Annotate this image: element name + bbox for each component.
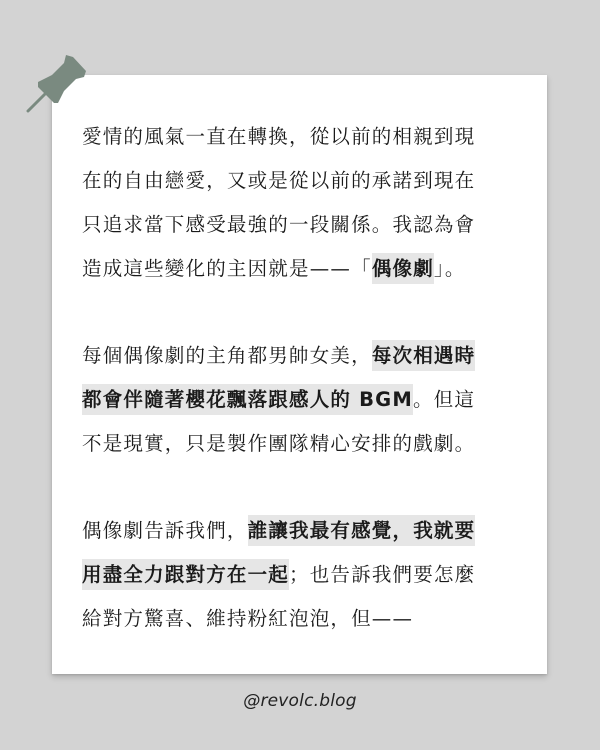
footer-handle: @revolc.blog (0, 691, 600, 711)
text-line: 給對方驚喜、維持粉紅泡泡，但—— (82, 597, 522, 641)
highlighted-text: 都會伴隨著櫻花飄落跟感人的 BGM (82, 384, 413, 415)
text-segment: 每個偶像劇的主角都男帥女美， (82, 344, 372, 367)
highlighted-text: 每次相遇時 (372, 340, 476, 371)
text-line: 在的自由戀愛，又或是從以前的承諾到現在 (82, 159, 522, 203)
text-line: 不是現實，只是製作團隊精心安排的戲劇。 (82, 422, 522, 466)
text-segment: 在的自由戀愛，又或是從以前的承諾到現在 (82, 169, 475, 192)
note-card: 愛情的風氣一直在轉換，從以前的相親到現 在的自由戀愛，又或是從以前的承諾到現在 … (52, 75, 547, 674)
text-segment: 不是現實，只是製作團隊精心安排的戲劇。 (82, 432, 475, 455)
text-segment: 造成這些變化的主因就是——「 (82, 257, 372, 280)
text-line: 愛情的風氣一直在轉換，從以前的相親到現 (82, 115, 522, 159)
text-line: 偶像劇告訴我們，誰讓我最有感覺，我就要 (82, 509, 522, 553)
text-line: 都會伴隨著櫻花飄落跟感人的 BGM。但這 (82, 378, 522, 422)
text-line: 只追求當下感受最強的一段關係。我認為會 (82, 203, 522, 247)
paragraph-1: 愛情的風氣一直在轉換，從以前的相親到現 在的自由戀愛，又或是從以前的承諾到現在 … (82, 115, 522, 291)
highlighted-text: 用盡全力跟對方在一起 (82, 559, 289, 590)
text-line: 每個偶像劇的主角都男帥女美，每次相遇時 (82, 334, 522, 378)
note-content: 愛情的風氣一直在轉換，從以前的相親到現 在的自由戀愛，又或是從以前的承諾到現在 … (82, 115, 522, 684)
paragraph-3: 偶像劇告訴我們，誰讓我最有感覺，我就要 用盡全力跟對方在一起；也告訴我們要怎麼 … (82, 509, 522, 641)
text-line: 造成這些變化的主因就是——「偶像劇」。 (82, 247, 522, 291)
text-segment: 給對方驚喜、維持粉紅泡泡，但—— (82, 607, 413, 630)
text-segment: 」。 (434, 257, 466, 280)
paragraph-2: 每個偶像劇的主角都男帥女美，每次相遇時 都會伴隨著櫻花飄落跟感人的 BGM。但這… (82, 334, 522, 466)
pushpin-icon (26, 55, 88, 113)
text-segment: 偶像劇告訴我們， (82, 519, 248, 542)
text-line: 用盡全力跟對方在一起；也告訴我們要怎麼 (82, 553, 522, 597)
highlighted-text: 偶像劇 (372, 253, 434, 284)
text-segment: 愛情的風氣一直在轉換，從以前的相親到現 (82, 125, 475, 148)
text-segment: ；也告訴我們要怎麼 (289, 563, 475, 586)
highlighted-text: 誰讓我最有感覺，我就要 (248, 515, 476, 546)
text-segment: 。但這 (413, 388, 475, 411)
text-segment: 只追求當下感受最強的一段關係。我認為會 (82, 213, 475, 236)
